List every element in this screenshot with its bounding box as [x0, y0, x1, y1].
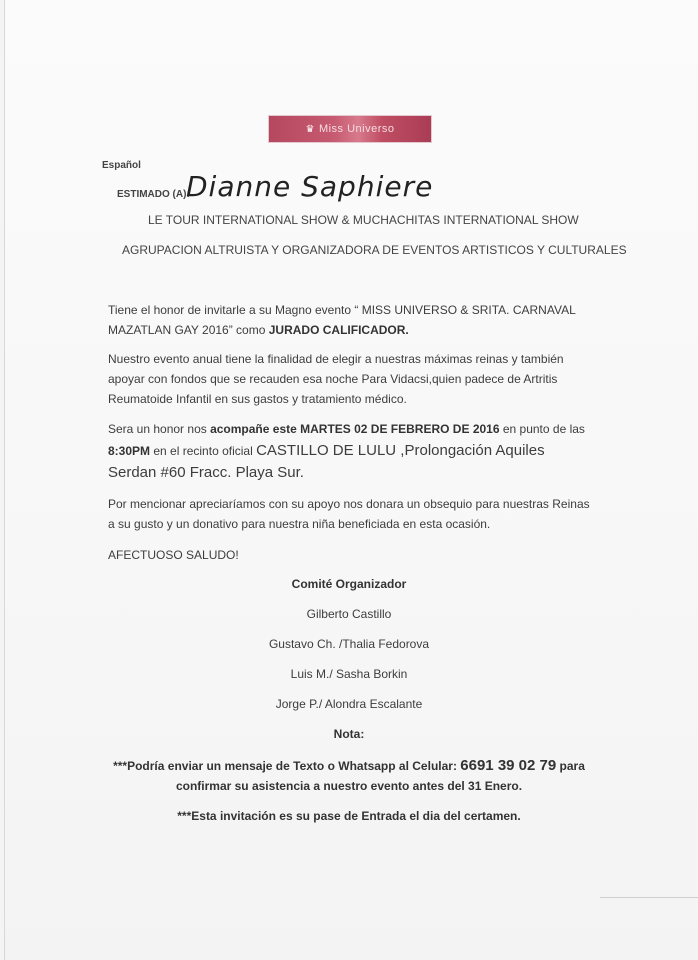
committee-title: Comité Organizador [0, 574, 698, 594]
committee-member: Gilberto Castillo [0, 604, 698, 624]
phone-number: 6691 39 02 79 [460, 757, 556, 774]
venue-name: CASTILLO DE LULU ,Prolongación Aquiles [256, 442, 544, 459]
note-contact: ***Podría enviar un mensaje de Texto o W… [0, 756, 698, 776]
committee-member: Luis M./ Sasha Borkin [0, 664, 698, 684]
paragraph-donation: Por mencionar apreciaríamos con su apoyo… [108, 494, 590, 534]
crown-icon: ♛ [305, 124, 314, 135]
committee-member: Gustavo Ch. /Thalia Fedorova [0, 634, 698, 654]
org-line-1: LE TOUR INTERNATIONAL SHOW & MUCHACHITAS… [148, 213, 579, 227]
paragraph-purpose: Nuestro evento anual tiene la finalidad … [108, 349, 564, 409]
note-pass: ***Esta invitación es su pase de Entrada… [0, 806, 698, 826]
salutation-label: ESTIMADO (A): [117, 189, 190, 200]
paragraph-invitation: Tiene el honor de invitarle a su Magno e… [108, 300, 576, 340]
event-time: 8:30PM [108, 444, 150, 458]
role-jurado: JURADO CALIFICADOR. [269, 323, 409, 337]
miss-universo-banner: ♛ Miss Universo [268, 115, 432, 143]
paper-fold-line [600, 897, 698, 898]
note-title: Nota: [0, 724, 698, 744]
recipient-signature: Dianne Saphiere [186, 170, 433, 203]
event-date: acompañe este MARTES 02 DE FEBRERO DE 20… [210, 422, 499, 436]
venue-address: Serdan #60 Fracc. Playa Sur. [108, 462, 585, 484]
note-confirm: confirmar su asistencia a nuestro evento… [0, 776, 698, 796]
committee-member: Jorge P./ Alondra Escalante [0, 694, 698, 714]
closing: AFECTUOSO SALUDO! [108, 545, 239, 565]
org-line-2: AGRUPACION ALTRUISTA Y ORGANIZADORA DE E… [122, 243, 627, 257]
paragraph-date-venue: Sera un honor nos acompañe este MARTES 0… [108, 418, 585, 484]
language-label: Español [102, 160, 141, 171]
banner-text: Miss Universo [319, 123, 395, 135]
